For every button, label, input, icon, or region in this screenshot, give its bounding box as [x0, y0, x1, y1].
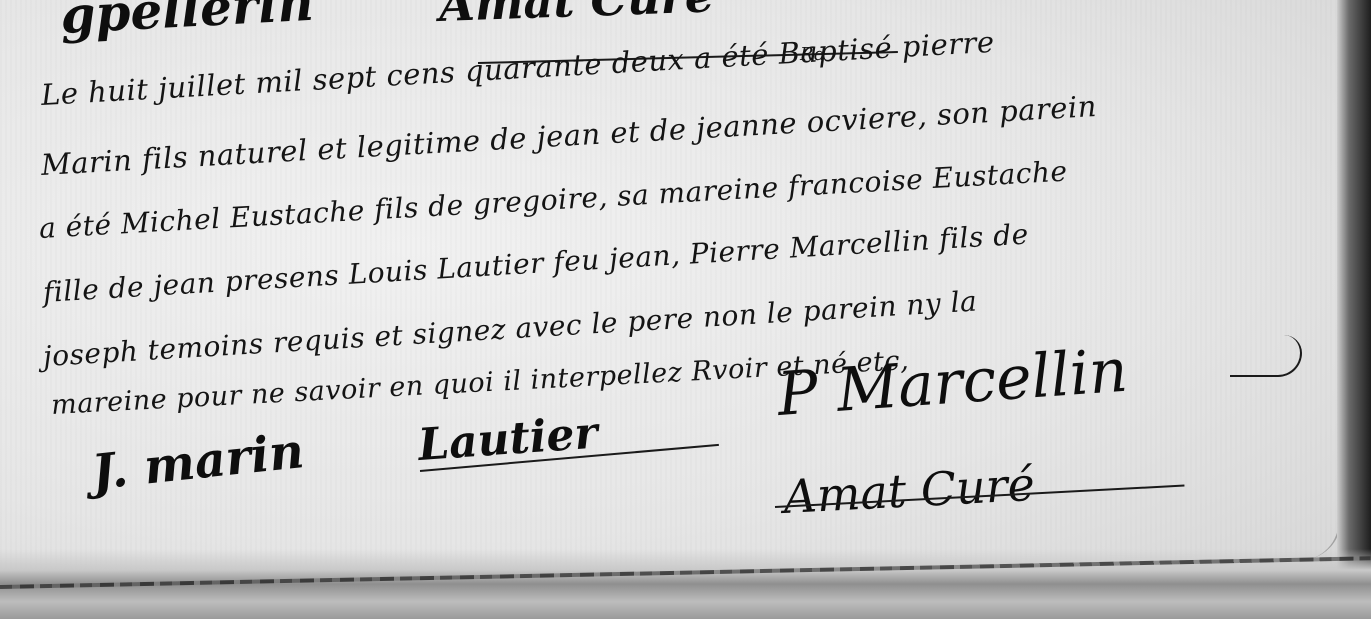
signature-marin: J. marin [89, 423, 306, 501]
page-binding-shadow [1337, 0, 1371, 619]
manuscript-page: gpellerin Amat Curé Rd Le huit juillet m… [0, 0, 1371, 619]
page-curl-edge [1269, 0, 1341, 560]
header-signature-left: gpellerin [59, 0, 315, 45]
signature-amat-cure: Amat Curé [782, 457, 1036, 524]
header-signature-right: Amat Curé [438, 0, 715, 32]
